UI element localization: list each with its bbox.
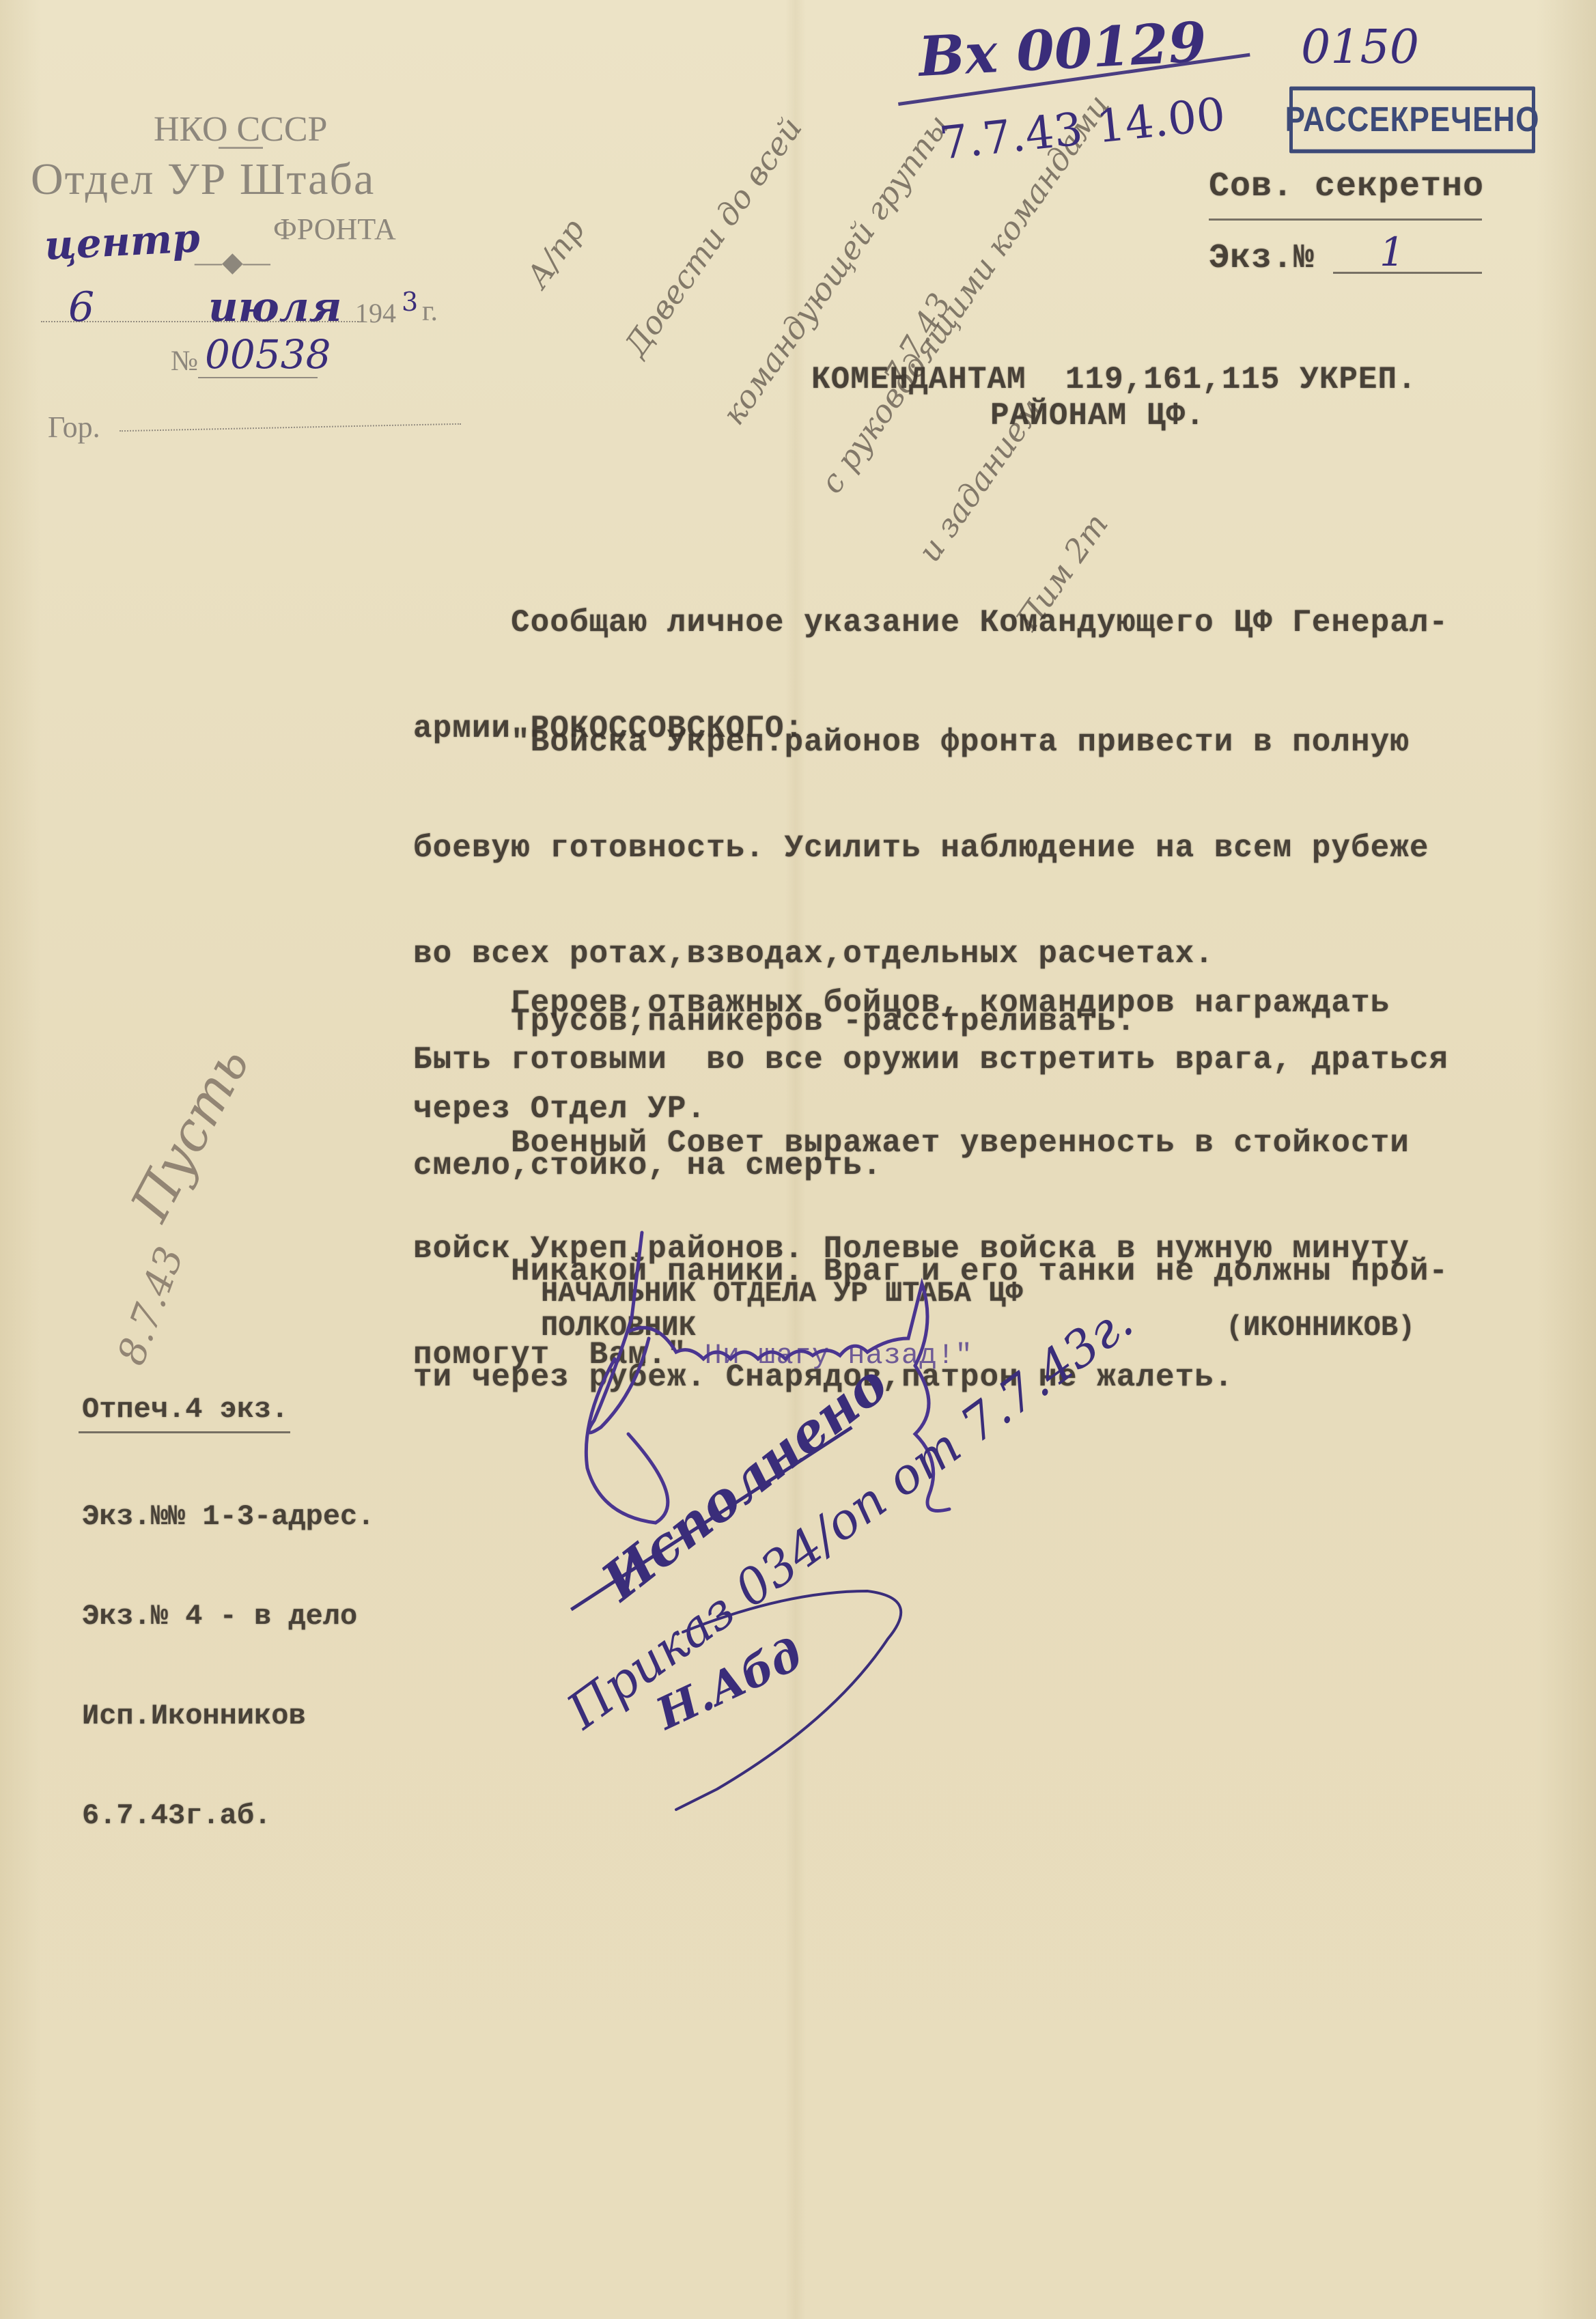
execution-flourish-icon	[0, 0, 1596, 2319]
